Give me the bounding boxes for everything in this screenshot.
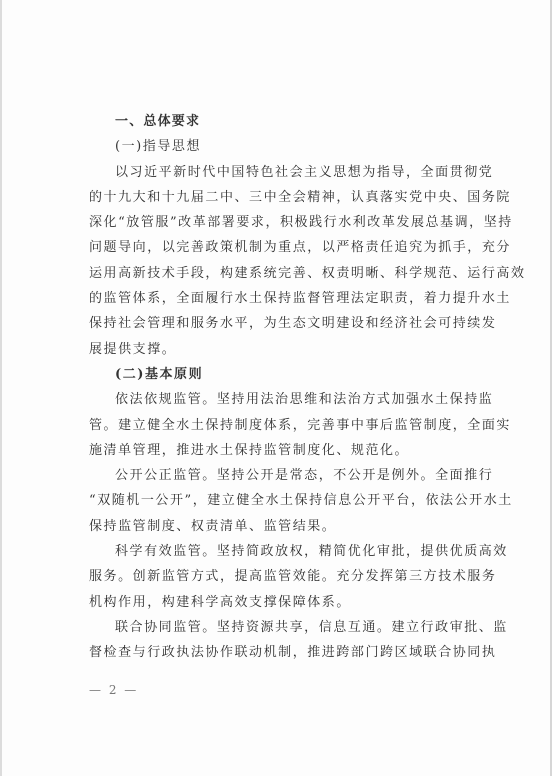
paragraph-line: 保持监管制度、权责清单、监管结果。 — [89, 514, 473, 539]
paragraph-line: 的十九大和十九届二中、三中全会精神，认真落实党中央、国务院 — [89, 185, 473, 210]
paragraph-guiding-ideology: 以习近平新时代中国特色社会主义思想为指导，全面贯彻党 的十九大和十九届二中、三中… — [89, 160, 473, 362]
paragraph-line: 依法依规监管。坚持用法治思维和法治方式加强水土保持监 — [89, 387, 473, 412]
paragraph-lawful-supervision: 依法依规监管。坚持用法治思维和法治方式加强水土保持监 管。建立健全水土保持制度体… — [89, 387, 473, 463]
paragraph-line: 施清单管理，推进水土保持监管制度化、规范化。 — [89, 438, 473, 463]
paragraph-line: 机构作用，构建科学高效支撑保障体系。 — [89, 590, 473, 615]
paragraph-line: 以习近平新时代中国特色社会主义思想为指导，全面贯彻党 — [89, 160, 473, 185]
section-title-basic-principles: (二)基本原则 — [89, 362, 473, 387]
paragraph-open-fair-supervision: 公开公正监管。坚持公开是常态，不公开是例外。全面推行 “双随机一公开”，建立健全… — [89, 463, 473, 539]
document-body: 一、总体要求 (一)指导思想 以习近平新时代中国特色社会主义思想为指导，全面贯彻… — [89, 109, 473, 666]
paragraph-line: 保持社会管理和服务水平，为生态文明建设和经济社会可持续发 — [89, 311, 473, 336]
paragraph-line: 联合协同监管。坚持资源共享，信息互通。建立行政审批、监 — [89, 615, 473, 640]
paragraph-line: 管。建立健全水土保持制度体系，完善事中事后监管制度，全面实 — [89, 413, 473, 438]
paragraph-line: 运用高新技术手段，构建系统完善、权责明晰、科学规范、运行高效 — [89, 261, 473, 286]
page-number: — 2 — — [89, 683, 138, 697]
paragraph-line: 公开公正监管。坚持公开是常态，不公开是例外。全面推行 — [89, 463, 473, 488]
paragraph-scientific-supervision: 科学有效监管。坚持简政放权，精简优化审批，提供优质高效 服务。创新监管方式，提高… — [89, 539, 473, 615]
paragraph-line: 科学有效监管。坚持简政放权，精简优化审批，提供优质高效 — [89, 539, 473, 564]
heading-overall-requirements: 一、总体要求 — [89, 109, 473, 134]
paragraph-line: 展提供支撑。 — [89, 337, 473, 362]
paragraph-line: 督检查与行政执法协作联动机制，推进跨部门跨区域联合协同执 — [89, 640, 473, 665]
document-page: 一、总体要求 (一)指导思想 以习近平新时代中国特色社会主义思想为指导，全面贯彻… — [0, 0, 552, 776]
paragraph-line: “双随机一公开”，建立健全水土保持信息公开平台，依法公开水土 — [89, 488, 473, 513]
paragraph-line: 的监管体系，全面履行水土保持监督管理法定职责，着力提升水土 — [89, 286, 473, 311]
paragraph-line: 问题导向，以完善政策机制为重点，以严格责任追究为抓手，充分 — [89, 235, 473, 260]
paragraph-line: 服务。创新监管方式，提高监管效能。充分发挥第三方技术服务 — [89, 564, 473, 589]
section-title-guiding-ideology: (一)指导思想 — [89, 134, 473, 159]
paragraph-line: 深化“放管服”改革部署要求，积极践行水利改革发展总基调，坚持 — [89, 210, 473, 235]
paragraph-joint-supervision: 联合协同监管。坚持资源共享，信息互通。建立行政审批、监 督检查与行政执法协作联动… — [89, 615, 473, 666]
